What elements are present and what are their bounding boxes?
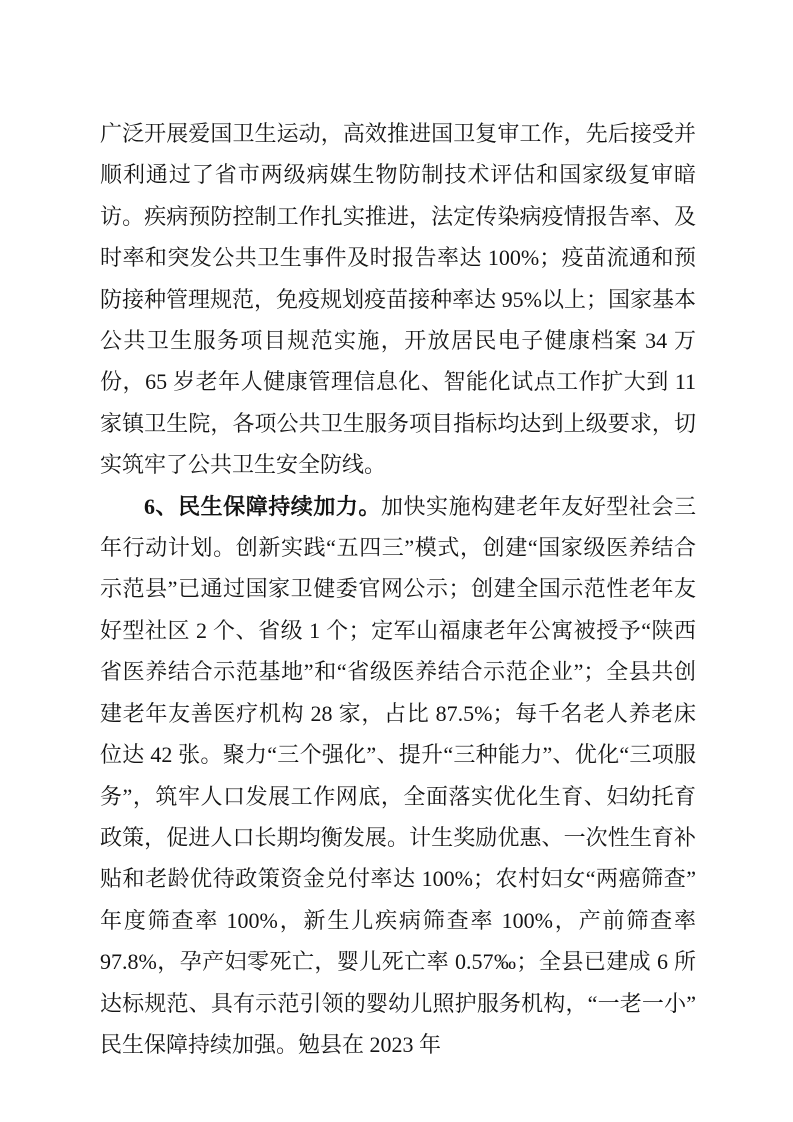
document-page: 广泛开展爱国卫生运动，高效推进国卫复审工作，先后接受并顺利通过了省市两级病媒生物… (0, 0, 793, 1122)
document-body: 广泛开展爱国卫生运动，高效推进国卫复审工作，先后接受并顺利通过了省市两级病媒生物… (100, 113, 696, 1065)
paragraph-text: 加快实施构建老年友好型社会三年行动计划。创新实践“五四三”模式，创建“国家级医养… (100, 494, 696, 1057)
paragraph-text: 广泛开展爱国卫生运动，高效推进国卫复审工作，先后接受并顺利通过了省市两级病媒生物… (100, 121, 696, 477)
paragraph-livelihood: 6、民生保障持续加力。加快实施构建老年友好型社会三年行动计划。创新实践“五四三”… (100, 486, 696, 1066)
paragraph-public-health: 广泛开展爱国卫生运动，高效推进国卫复审工作，先后接受并顺利通过了省市两级病媒生物… (100, 113, 696, 486)
section-heading: 6、民生保障持续加力。 (144, 494, 381, 519)
